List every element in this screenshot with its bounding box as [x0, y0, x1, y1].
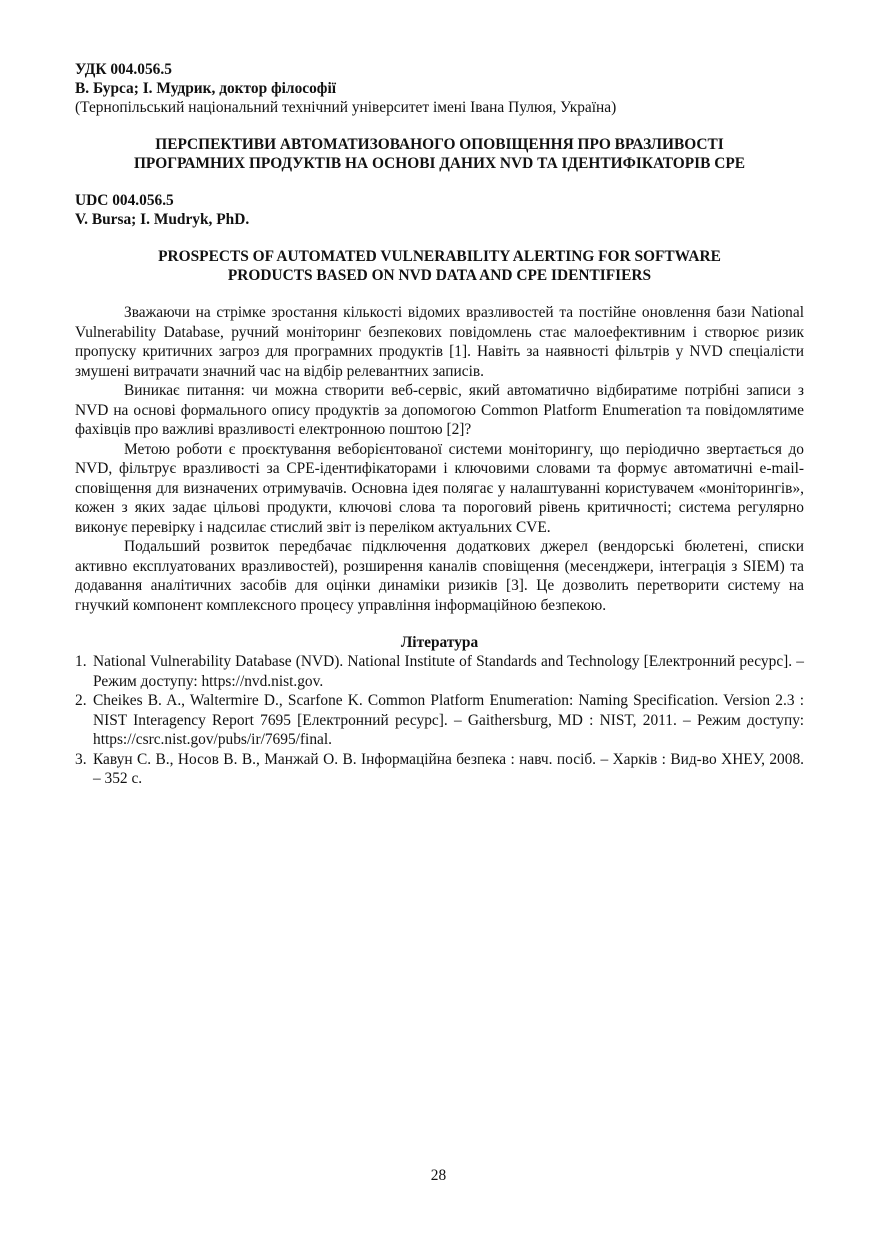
reference-text: Кавун С. В., Носов В. В., Манжай О. В. І…	[93, 751, 804, 788]
udc-code-ua: УДК 004.056.5	[75, 60, 804, 79]
references-list: 1. National Vulnerability Database (NVD)…	[75, 652, 804, 789]
title-en-line2: PRODUCTS BASED ON NVD DATA AND CPE IDENT…	[75, 266, 804, 285]
reference-item: 3. Кавун С. В., Носов В. В., Манжай О. В…	[75, 750, 804, 789]
reference-number: 1.	[75, 652, 87, 672]
reference-text: Cheikes B. A., Waltermire D., Scarfone K…	[93, 692, 804, 748]
body-paragraph: Виникає питання: чи можна створити веб-с…	[75, 381, 804, 440]
page-number: 28	[0, 1167, 877, 1185]
body-paragraph: Зважаючи на стрімке зростання кількості …	[75, 303, 804, 381]
title-en-line1: PROSPECTS OF AUTOMATED VULNERABILITY ALE…	[75, 247, 804, 266]
document-page: УДК 004.056.5 В. Бурса; І. Мудрик, докто…	[75, 60, 804, 789]
reference-number: 2.	[75, 691, 87, 711]
title-ua-line1: ПЕРСПЕКТИВИ АВТОМАТИЗОВАНОГО ОПОВІЩЕННЯ …	[75, 135, 804, 154]
article-body: Зважаючи на стрімке зростання кількості …	[75, 303, 804, 615]
body-paragraph: Метою роботи є проєктування веборієнтова…	[75, 440, 804, 538]
reference-item: 1. National Vulnerability Database (NVD)…	[75, 652, 804, 691]
reference-text: National Vulnerability Database (NVD). N…	[93, 653, 804, 690]
title-ua-line2: ПРОГРАМНИХ ПРОДУКТІВ НА ОСНОВІ ДАНИХ NVD…	[75, 154, 804, 173]
body-paragraph: Подальший розвиток передбачає підключенн…	[75, 537, 804, 615]
reference-item: 2. Cheikes B. A., Waltermire D., Scarfon…	[75, 691, 804, 750]
authors-en: V. Bursa; I. Mudryk, PhD.	[75, 210, 804, 229]
reference-number: 3.	[75, 750, 87, 770]
references-heading: Література	[75, 633, 804, 652]
udc-code-en: UDC 004.056.5	[75, 191, 804, 210]
authors-ua: В. Бурса; І. Мудрик, доктор філософії	[75, 79, 804, 98]
affiliation: (Тернопільський національний технічний у…	[75, 98, 804, 117]
